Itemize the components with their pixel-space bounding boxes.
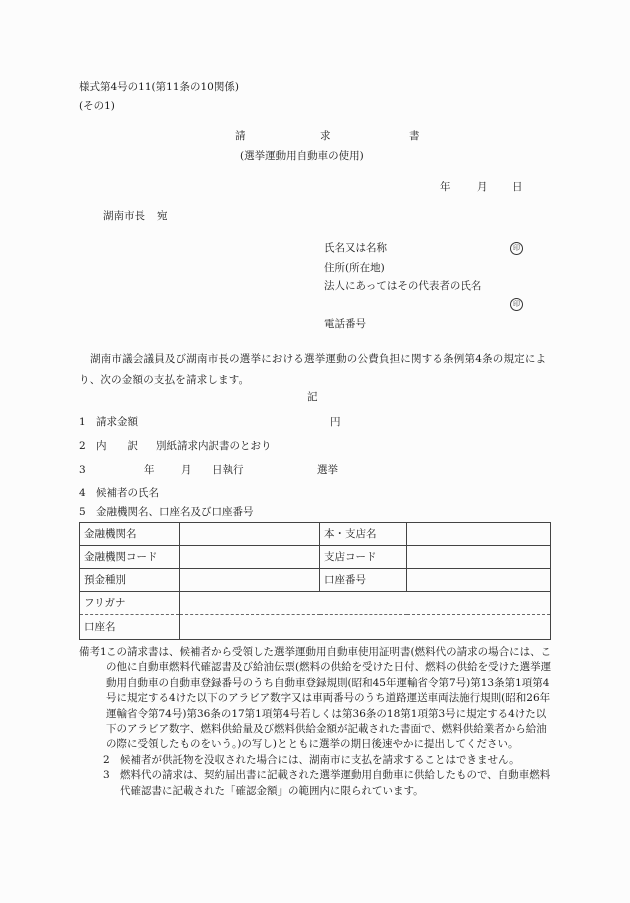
applicant-name-label: 氏名又は名称 — [324, 243, 387, 254]
furigana-field[interactable] — [180, 592, 551, 615]
document-subtitle: (選挙運動用自動車の使用) — [240, 151, 364, 162]
table-row: フリガナ — [80, 592, 551, 615]
branch-name-field[interactable] — [407, 523, 551, 546]
year-label: 年 — [144, 465, 155, 476]
month-label: 月 — [181, 465, 192, 476]
deposit-type-label: 預金種別 — [80, 569, 180, 592]
item-number: 4 — [79, 488, 96, 499]
request-statement: 湖南市議会議員及び湖南市長の選挙における選挙運動の公費負担に関する条例第4条の規… — [79, 349, 549, 391]
item-number: 2 — [79, 441, 96, 452]
deposit-type-field[interactable] — [180, 569, 320, 592]
form-number: 様式第4号の11(第11条の10関係) — [79, 82, 239, 93]
item-number: 3 — [79, 465, 96, 476]
account-name-field[interactable] — [180, 615, 551, 640]
election-label: 選挙 — [317, 465, 338, 476]
yen-label: 円 — [330, 417, 341, 428]
table-row: 口座名 — [80, 615, 551, 640]
document-title: 請 求 書 — [226, 131, 526, 145]
table-row: 金融機関コード 支店コード — [80, 546, 551, 569]
note-1-label: 備考1 — [79, 645, 107, 660]
notes-section: 備考1 この請求書は、候補者から受領した選挙運動用自動車使用証明書(燃料代の請求… — [79, 645, 554, 799]
note-3: 3 燃料代の請求は、契約届出書に記載された選挙運動用自動車に供給したもので、自動… — [79, 768, 554, 799]
form-subnumber: (その1) — [79, 101, 115, 112]
applicant-representative-label: 法人にあってはその代表者の氏名 — [324, 281, 481, 292]
date-day-label: 日 — [512, 182, 523, 193]
applicant-phone-label: 電話番号 — [324, 319, 366, 330]
note-2-label: 2 — [103, 753, 110, 768]
item-number: 1 — [79, 417, 96, 428]
item-election-date: 3 年 月 日執行 選挙 — [79, 465, 379, 476]
item-breakdown: 2内 訳別紙請求内訳書のとおり — [79, 441, 272, 452]
item-label: 請求金額 — [96, 416, 138, 428]
item-claim-amount: 1請求金額円 — [79, 417, 138, 428]
note-3-label: 3 — [103, 768, 110, 783]
seal-icon: 印 — [510, 242, 523, 255]
applicant-address-label: 住所(所在地) — [324, 263, 385, 274]
addressee: 湖南市長宛 — [103, 211, 168, 222]
item-label: 金融機関名、口座名及び口座番号 — [96, 506, 254, 518]
item-detail: 別紙請求内訳書のとおり — [156, 440, 272, 452]
branch-code-label: 支店コード — [320, 546, 407, 569]
table-row: 預金種別 口座番号 — [80, 569, 551, 592]
item-label: 候補者の氏名 — [96, 487, 159, 499]
note-2: 2 候補者が供託物を没収された場合には、湖南市に支払を請求することはできません。 — [79, 753, 554, 768]
bank-name-label: 金融機関名 — [80, 523, 180, 546]
note-1-text: この請求書は、候補者から受領した選挙運動用自動車使用証明書(燃料代の請求の場合に… — [106, 646, 551, 750]
date-month-label: 月 — [477, 182, 488, 193]
note-2-text: 候補者が供託物を没収された場合には、湖南市に支払を請求することはできません。 — [120, 754, 520, 766]
item-bank-info: 5金融機関名、口座名及び口座番号 — [79, 507, 254, 518]
title-char-2: 求 — [320, 131, 331, 142]
addressee-name: 湖南市長 — [103, 210, 145, 222]
item-candidate-name: 4候補者の氏名 — [79, 488, 159, 499]
note-1: 備考1 この請求書は、候補者から受領した選挙運動用自動車使用証明書(燃料代の請求… — [79, 645, 554, 753]
bank-name-field[interactable] — [180, 523, 320, 546]
branch-name-label: 本・支店名 — [320, 523, 407, 546]
account-number-label: 口座番号 — [320, 569, 407, 592]
table-row: 金融機関名 本・支店名 — [80, 523, 551, 546]
cell-label: 金融機関名 — [84, 529, 137, 540]
item-number: 5 — [79, 507, 96, 518]
branch-code-field[interactable] — [407, 546, 551, 569]
date-year-label: 年 — [440, 182, 451, 193]
title-char-1: 請 — [235, 131, 246, 142]
item-label: 内 訳 — [96, 440, 138, 452]
account-number-field[interactable] — [407, 569, 551, 592]
title-char-3: 書 — [409, 131, 420, 142]
seal-icon: 印 — [510, 298, 523, 311]
bank-code-field[interactable] — [180, 546, 320, 569]
account-name-label: 口座名 — [80, 615, 180, 640]
addressee-honorific: 宛 — [157, 210, 168, 222]
note-3-text: 燃料代の請求は、契約届出書に記載された選挙運動用自動車に供給したもので、自動車燃… — [120, 769, 550, 796]
day-executed-label: 日執行 — [212, 465, 244, 476]
furigana-label: フリガナ — [80, 592, 180, 615]
date-field: 年 月 日 — [430, 182, 630, 196]
ki-heading: 記 — [307, 392, 318, 403]
bank-code-label: 金融機関コード — [80, 546, 180, 569]
bank-account-table: 金融機関名 本・支店名 金融機関コード 支店コード 預金種別 口座番号 フリガナ… — [79, 522, 551, 640]
